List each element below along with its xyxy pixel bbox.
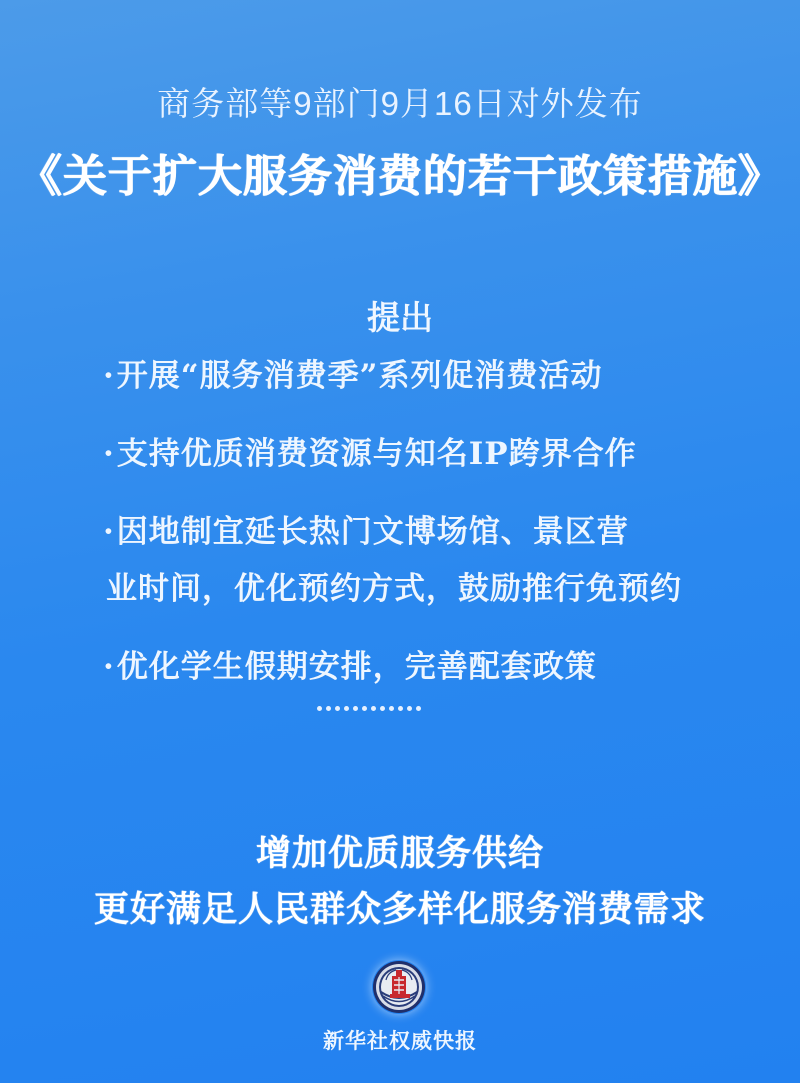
list-item: ·支持优质消费资源与知名IP跨界合作 — [103, 428, 637, 473]
ellipsis-dot — [362, 706, 367, 711]
bullet-dot: · — [103, 514, 115, 550]
bullet-dot: · — [103, 649, 115, 685]
closing-line-1: 增加优质服务供给 — [0, 826, 800, 876]
ellipsis-dot — [317, 706, 322, 711]
list-item-text: 业时间，优化预约方式，鼓励推行免预约 — [106, 571, 682, 607]
ellipsis-dot — [407, 706, 412, 711]
ellipsis-dot — [389, 706, 394, 711]
ellipsis-dots — [317, 706, 421, 711]
subtitle: 商务部等9部门9月16日对外发布 — [0, 78, 800, 125]
list-item: ·优化学生假期安排，完善配套政策 — [103, 641, 597, 686]
ellipsis-dot — [371, 706, 376, 711]
list-item-continuation: 业时间，优化预约方式，鼓励推行免预约 — [106, 563, 682, 608]
xinhua-news-agency-emblem-icon — [372, 960, 426, 1014]
ellipsis-dot — [380, 706, 385, 711]
list-item-text: 优化学生假期安排，完善配套政策 — [117, 649, 597, 685]
closing-line-2: 更好满足人民群众多样化服务消费需求 — [0, 882, 800, 932]
list-item-text: 因地制宜延长热门文博场馆、景区营 — [117, 514, 629, 550]
ellipsis-dot — [416, 706, 421, 711]
footer-caption: 新华社权威快报 — [0, 1025, 800, 1055]
ellipsis-dot — [335, 706, 340, 711]
page-title: 《关于扩大服务消费的若干政策措施》 — [0, 140, 800, 204]
section-heading: 提出 — [0, 292, 800, 339]
list-item-text: 开展“服务消费季”系列促消费活动 — [117, 358, 603, 394]
bullet-dot: · — [103, 358, 115, 394]
ellipsis-dot — [344, 706, 349, 711]
ellipsis-dot — [326, 706, 331, 711]
ellipsis-dot — [353, 706, 358, 711]
list-item-text: 支持优质消费资源与知名IP跨界合作 — [117, 436, 637, 472]
ellipsis-dot — [398, 706, 403, 711]
list-item: ·因地制宜延长热门文博场馆、景区营 — [103, 506, 629, 551]
bullet-dot: · — [103, 436, 115, 472]
list-item: ·开展“服务消费季”系列促消费活动 — [103, 350, 602, 395]
